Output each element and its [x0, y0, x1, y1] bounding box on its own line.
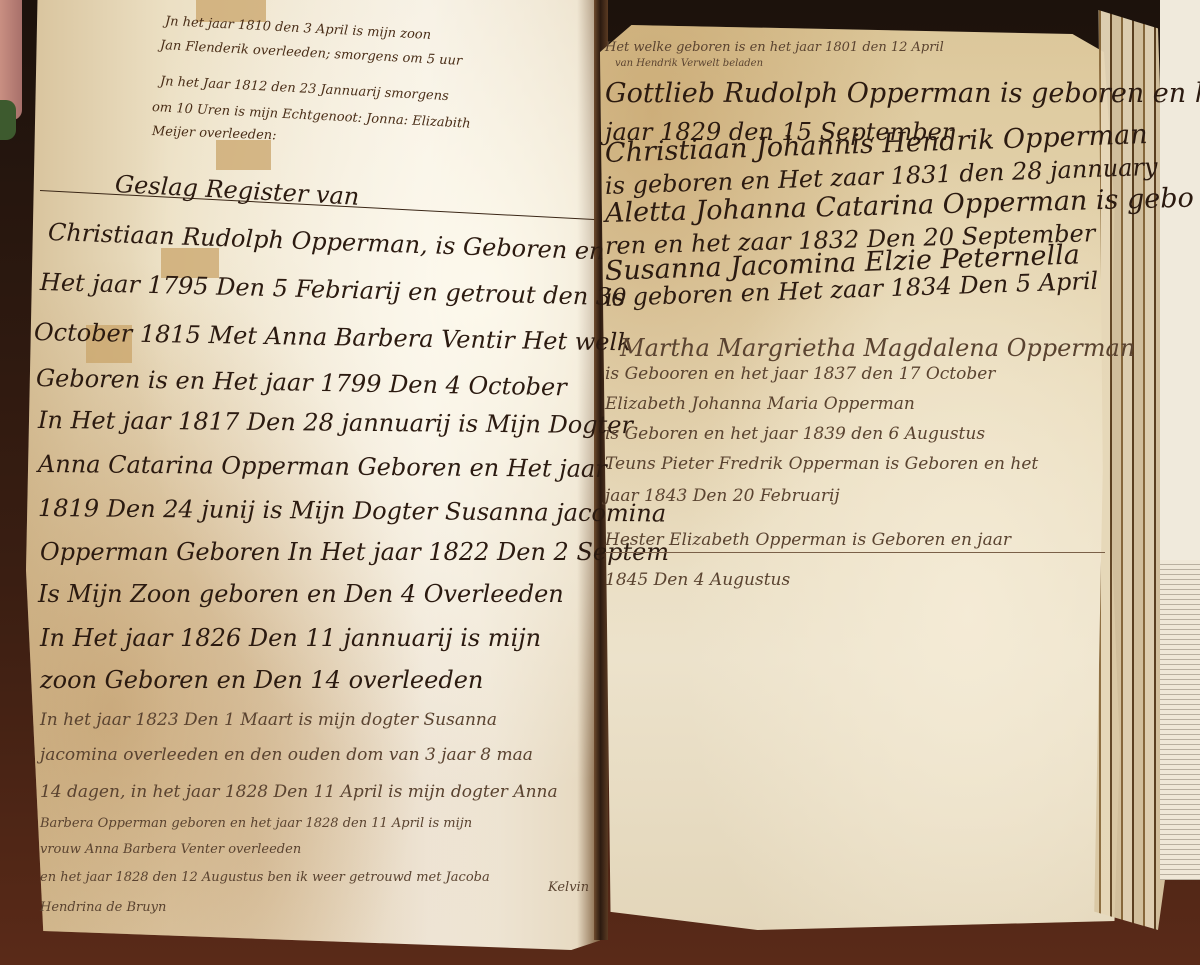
register-line: is Gebooren en het jaar 1837 den 17 Octo… [605, 364, 995, 384]
register-line: Hendrina de Bruyn [40, 900, 166, 915]
register-line: Barbera Opperman geboren en het jaar 182… [40, 816, 472, 831]
green-object-edge [0, 100, 16, 140]
register-line: zoon Geboren en Den 14 overleeden [40, 666, 483, 694]
photo-scene: Jn het jaar 1810 den 3 April is mijn zoo… [0, 0, 1200, 965]
right-header-note: van Hendrik Verwelt beladen [615, 58, 763, 69]
register-line: Elizabeth Johanna Maria Opperman [605, 394, 915, 414]
tape-stain [216, 140, 271, 170]
register-line: jaar 1843 Den 20 Februarij [605, 486, 840, 506]
register-line: 1845 Den 4 Augustus [605, 570, 790, 590]
right-header-note: Het welke geboren is en het jaar 1801 de… [605, 40, 944, 55]
register-line: jacomina overleeden en den ouden dom van… [40, 745, 533, 765]
register-line: Teuns Pieter Fredrik Opperman is Geboren… [605, 454, 1038, 474]
register-line: In Het jaar 1817 Den 28 jannuarij is Mij… [38, 406, 633, 439]
register-line: In het jaar 1823 Den 1 Maart is mijn dog… [40, 710, 497, 730]
register-line: Martha Margrietha Magdalena Opperman [620, 334, 1135, 362]
entry-underline [605, 552, 1105, 553]
register-line: vrouw Anna Barbera Venter overleeden [40, 842, 301, 857]
register-line: Gottlieb Rudolph Opperman is geboren en … [605, 78, 1200, 109]
margin-note: Kelvin [548, 880, 589, 895]
register-line: 1819 Den 24 junij is Mijn Dogter Susanna… [38, 494, 666, 527]
register-line: Opperman Geboren In Het jaar 1822 Den 2 … [40, 538, 669, 566]
register-line: 14 dagen, in het jaar 1828 Den 11 April … [40, 782, 558, 802]
register-line: en het jaar 1828 den 12 Augustus ben ik … [40, 870, 490, 885]
register-line: is Geboren en het jaar 1839 den 6 August… [605, 424, 985, 444]
register-line: Anna Catarina Opperman Geboren en Het ja… [38, 450, 607, 483]
register-line: Is Mijn Zoon geboren en Den 4 Overleeden [38, 580, 564, 608]
register-line: Hester Elizabeth Opperman is Geboren en … [605, 530, 1011, 550]
newspaper-print [1160, 560, 1200, 880]
register-line: In Het jaar 1826 Den 11 jannuarij is mij… [40, 624, 541, 652]
